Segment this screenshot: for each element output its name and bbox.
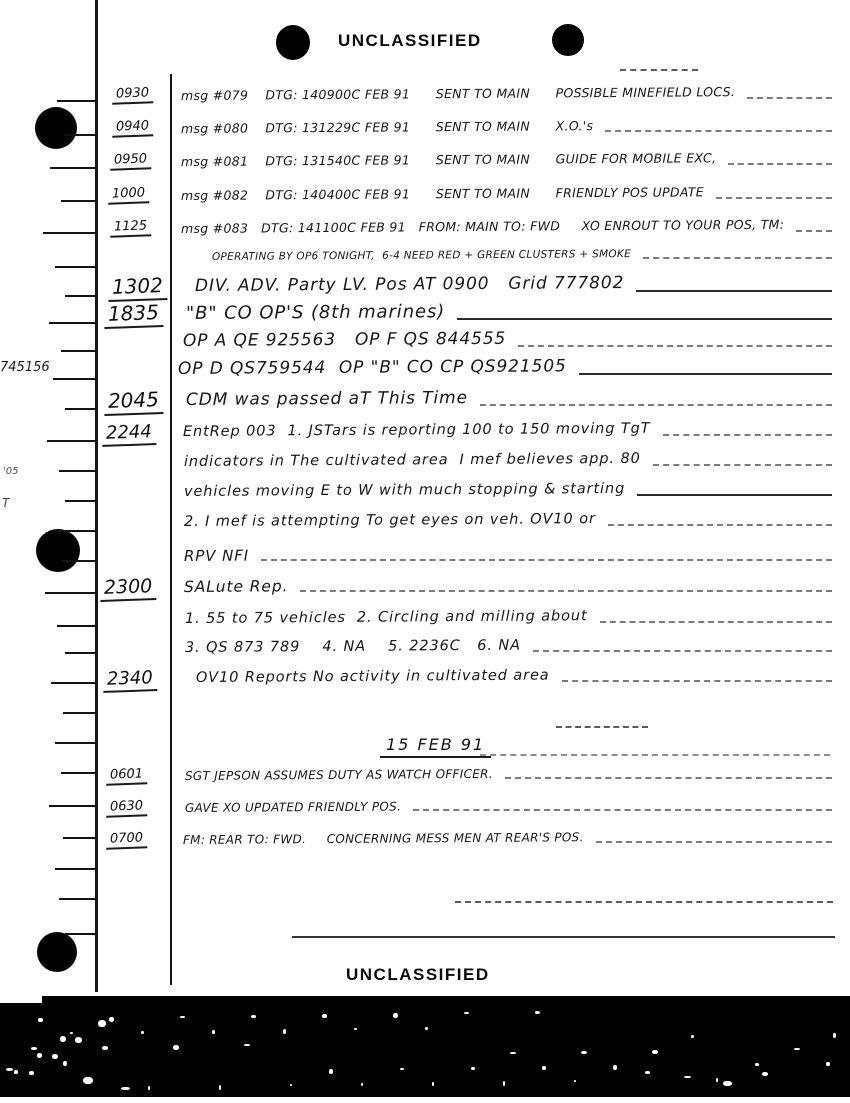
margin-tick-mark <box>63 837 95 839</box>
scan-noise-speck <box>141 1031 144 1034</box>
scan-noise-speck <box>29 1071 34 1075</box>
scan-noise-speck <box>755 1063 759 1066</box>
log-row: 1302DIV. ADV. Party LV. Pos AT 0900 Grid… <box>0 276 840 296</box>
handwritten-rule-trail <box>605 130 832 132</box>
log-row: 1835"B" CO OP'S (8th marines) <box>0 303 840 324</box>
hole-punch-top-right <box>552 24 584 56</box>
log-entry-text: GAVE XO UPDATED FRIENDLY POS. <box>185 799 401 815</box>
time-cell: 2340 <box>103 667 158 693</box>
margin-tick-mark <box>51 530 95 532</box>
margin-tick-mark <box>49 805 95 807</box>
handwritten-rule-trail <box>457 318 832 320</box>
scan-noise-speck <box>794 1048 800 1050</box>
scan-noise-speck <box>464 1012 469 1014</box>
scan-noise-speck <box>173 1045 179 1050</box>
hole-punch-left-3 <box>37 932 77 972</box>
log-entry-text: OP D QS759544 OP "B" CO CP QS921505 <box>178 356 567 379</box>
scan-noise-speck <box>109 1017 114 1022</box>
handwritten-rule-trail <box>600 621 832 623</box>
time-cell: 0950 <box>110 151 152 170</box>
log-row: 0940msg #080 DTG: 131229C FEB 91 SENT TO… <box>0 121 840 136</box>
scan-noise-speck <box>180 1016 185 1018</box>
time-cell: 2300 <box>100 575 157 602</box>
handwritten-rule-trail <box>518 345 832 347</box>
scan-noise-speck <box>833 1033 836 1038</box>
margin-tick-mark <box>49 322 95 324</box>
log-row: 0700FM: REAR TO: FWD. CONCERNING MESS ME… <box>0 833 840 847</box>
scan-artifact-dash <box>480 754 830 756</box>
log-row: 1. 55 to 75 vehicles 2. Circling and mil… <box>0 611 840 627</box>
log-entry-text: OV10 Reports No activity in cultivated a… <box>196 668 550 686</box>
scan-noise-speck <box>723 1081 732 1086</box>
log-row: OP D QS759544 OP "B" CO CP QS921505 <box>0 359 840 379</box>
scan-noise-speck <box>826 1062 830 1066</box>
time-cell: 1835 <box>104 300 164 329</box>
handwritten-rule-trail <box>533 650 832 652</box>
redaction-bar <box>0 996 850 1097</box>
margin-tick-mark <box>61 772 95 774</box>
scan-noise-speck <box>75 1037 82 1043</box>
scan-artifact-dash <box>556 726 648 728</box>
log-row: indicators in The cultivated area I mef … <box>0 454 840 470</box>
classification-header-top: UNCLASSIFIED <box>338 31 482 51</box>
log-row: vehicles moving E to W with much stoppin… <box>0 484 840 500</box>
scan-noise-speck <box>425 1027 428 1030</box>
log-row: 3. QS 873 789 4. NA 5. 2236C 6. NA <box>0 640 840 656</box>
scan-noise-speck <box>38 1018 43 1022</box>
scan-noise-speck <box>645 1071 650 1074</box>
time-cell: 2244 <box>102 421 157 447</box>
scan-noise-speck <box>14 1070 18 1074</box>
handwritten-rule-trail <box>413 809 832 811</box>
time-cell: 0630 <box>106 798 148 817</box>
log-entry-text: msg #079 DTG: 140900C FEB 91 SENT TO MAI… <box>181 84 735 103</box>
log-entry-text: msg #081 DTG: 131540C FEB 91 SENT TO MAI… <box>181 150 716 169</box>
log-entry-text: msg #083 DTG: 141100C FEB 91 FROM: MAIN … <box>181 217 784 236</box>
scan-noise-speck <box>98 1020 106 1027</box>
scan-noise-speck <box>652 1050 658 1054</box>
scan-noise-speck <box>121 1087 130 1090</box>
handwritten-rule-trail <box>728 163 832 165</box>
handwritten-rule-trail <box>747 97 832 99</box>
margin-tick-mark <box>57 625 95 627</box>
scan-noise-speck <box>322 1014 327 1018</box>
time-cell: 0940 <box>112 118 154 137</box>
margin-tick-mark <box>57 100 95 102</box>
margin-tick-mark <box>55 868 95 870</box>
scan-noise-speck <box>244 1044 250 1046</box>
handwritten-rule-trail <box>716 197 832 199</box>
margin-tick-mark <box>45 592 95 594</box>
log-entry-text: vehicles moving E to W with much stoppin… <box>184 481 625 500</box>
handwritten-rule-trail <box>596 841 832 843</box>
handwritten-rule-trail <box>643 257 832 259</box>
log-entry-text: 3. QS 873 789 4. NA 5. 2236C 6. NA <box>185 638 521 656</box>
time-cell: 1125 <box>110 218 152 237</box>
log-entry-text: EntRep 003 1. JSTars is reporting 100 to… <box>183 421 651 440</box>
log-row: 0601SGT JEPSON ASSUMES DUTY AS WATCH OFF… <box>0 769 840 783</box>
margin-tick-mark <box>55 742 95 744</box>
log-row: 0630GAVE XO UPDATED FRIENDLY POS. <box>0 801 840 815</box>
scan-noise-speck <box>354 1028 357 1030</box>
log-row: RPV NFI <box>0 547 840 565</box>
margin-tick-mark <box>65 652 95 654</box>
margin-tick-mark <box>63 712 95 714</box>
scan-noise-speck <box>60 1036 66 1042</box>
handwritten-rule-trail <box>796 230 832 232</box>
scan-noise-speck <box>219 1085 221 1090</box>
margin-tick-mark <box>53 378 95 380</box>
scan-noise-speck <box>503 1081 505 1086</box>
scan-noise-speck <box>510 1052 516 1054</box>
time-cell: 0601 <box>106 766 148 785</box>
log-entry-text: FM: REAR TO: FWD. CONCERNING MESS MEN AT… <box>183 830 584 847</box>
scan-noise-speck <box>6 1068 13 1071</box>
margin-tick-mark <box>65 933 95 935</box>
margin-tick-mark <box>43 232 95 234</box>
log-entry-text: "B" CO OP'S (8th marines) <box>186 301 445 324</box>
scan-noise-speck <box>63 1061 67 1066</box>
scan-noise-speck <box>102 1046 108 1050</box>
log-sheet-page: UNCLASSIFIED UNCLASSIFIED 745156 '05 T 1… <box>0 0 850 1103</box>
scan-noise-speck <box>691 1035 694 1038</box>
log-row: 2. I mef is attempting To get eyes on ve… <box>0 514 840 530</box>
log-row: 1125msg #083 DTG: 141100C FEB 91 FROM: M… <box>0 221 840 236</box>
log-row: 1000msg #082 DTG: 140400C FEB 91 SENT TO… <box>0 188 840 203</box>
date-section-header: 15 FEB 91 <box>380 735 491 758</box>
scan-noise-speck <box>684 1076 691 1078</box>
handwritten-rule-trail <box>505 777 832 779</box>
handwritten-rule-trail <box>637 494 832 496</box>
handwritten-rule-trail <box>480 404 832 406</box>
handwritten-rule-trail <box>579 373 832 375</box>
scan-artifact-dash <box>620 69 698 71</box>
scan-noise-speck <box>52 1054 58 1059</box>
margin-tick-mark <box>59 898 95 900</box>
handwritten-rule-trail <box>300 590 832 592</box>
margin-tick-mark <box>50 167 95 169</box>
scan-noise-speck <box>581 1051 587 1054</box>
log-entry-text: OP A QE 925563 OP F QS 844555 <box>183 329 506 351</box>
margin-tick-mark <box>59 470 95 472</box>
hole-punch-top-left <box>276 25 310 60</box>
log-row: 0950msg #081 DTG: 131540C FEB 91 SENT TO… <box>0 154 840 169</box>
time-cell: 0700 <box>106 830 148 849</box>
scan-noise-speck <box>542 1066 546 1070</box>
margin-tick-mark <box>61 560 95 562</box>
time-cell: 1000 <box>108 185 150 204</box>
log-row: 2244EntRep 003 1. JSTars is reporting 10… <box>0 424 840 440</box>
scan-noise-speck <box>471 1067 475 1070</box>
margin-tick-mark <box>65 134 95 136</box>
handwritten-rule-trail <box>663 434 832 436</box>
log-entry-text: 1. 55 to 75 vehicles 2. Circling and mil… <box>185 608 588 627</box>
scan-noise-speck <box>212 1030 215 1034</box>
handwritten-rule-trail <box>653 464 832 466</box>
log-entry-text: DIV. ADV. Party LV. Pos AT 0900 Grid 777… <box>195 273 624 296</box>
log-entry-text: msg #080 DTG: 131229C FEB 91 SENT TO MAI… <box>181 118 593 136</box>
scan-noise-speck <box>83 1077 93 1084</box>
scan-noise-speck <box>574 1080 576 1082</box>
log-entry-text: CDM was passed aT This Time <box>186 388 468 410</box>
scan-noise-speck <box>613 1065 617 1070</box>
log-entry-text: SALute Rep. <box>184 577 289 596</box>
scan-noise-speck <box>251 1015 256 1018</box>
log-row: 2340OV10 Reports No activity in cultivat… <box>0 670 840 686</box>
log-row: 2045CDM was passed aT This Time <box>0 390 840 410</box>
log-entry-text: msg #082 DTG: 140400C FEB 91 SENT TO MAI… <box>181 184 704 203</box>
scan-noise-speck <box>31 1047 37 1050</box>
margin-tick-mark <box>65 408 95 410</box>
log-entry-text: OPERATING BY OP6 TONIGHT, 6-4 NEED RED +… <box>212 248 631 263</box>
scan-noise-speck <box>432 1082 434 1086</box>
log-row: 0930msg #079 DTG: 140900C FEB 91 SENT TO… <box>0 88 840 103</box>
scan-noise-speck <box>37 1053 42 1058</box>
scan-noise-speck <box>70 1032 73 1034</box>
scan-noise-speck <box>762 1072 768 1076</box>
scan-noise-speck <box>535 1011 540 1014</box>
time-cell: 1302 <box>108 273 168 302</box>
scan-artifact-dash <box>455 901 833 903</box>
log-entry-text: indicators in The cultivated area I mef … <box>184 451 641 470</box>
log-entry-text: RPV NFI <box>184 547 249 565</box>
margin-tick-mark <box>51 682 95 684</box>
margin-tick-mark <box>65 500 95 502</box>
classification-footer-bottom: UNCLASSIFIED <box>346 965 490 985</box>
margin-tick-mark <box>61 200 95 202</box>
scan-noise-speck <box>290 1084 292 1086</box>
time-cell: 2045 <box>104 387 164 416</box>
handwritten-rule-trail <box>636 290 832 292</box>
time-cell: 0930 <box>112 85 154 104</box>
log-entry-text: SGT JEPSON ASSUMES DUTY AS WATCH OFFICER… <box>185 767 493 783</box>
scan-noise-speck <box>361 1083 363 1086</box>
margin-tick-mark <box>55 266 95 268</box>
handwritten-rule-trail <box>562 680 832 682</box>
log-row: OPERATING BY OP6 TONIGHT, 6-4 NEED RED +… <box>0 251 840 263</box>
scan-artifact-line <box>292 936 835 938</box>
margin-tick-mark <box>47 440 95 442</box>
redaction-bar-gap <box>0 996 42 1003</box>
handwritten-rule-trail <box>608 524 832 526</box>
handwritten-rule-trail <box>261 559 832 561</box>
log-row: 2300SALute Rep. <box>0 578 840 596</box>
margin-tick-mark <box>65 295 95 297</box>
log-row: OP A QE 925563 OP F QS 844555 <box>0 331 840 351</box>
scan-noise-speck <box>400 1068 404 1070</box>
margin-tick-mark <box>61 350 95 352</box>
scan-noise-speck <box>148 1086 150 1090</box>
log-entry-text: 2. I mef is attempting To get eyes on ve… <box>184 511 596 530</box>
scan-noise-speck <box>393 1013 398 1018</box>
scan-noise-speck <box>329 1069 333 1074</box>
scan-noise-speck <box>716 1078 718 1082</box>
scan-noise-speck <box>283 1029 286 1034</box>
